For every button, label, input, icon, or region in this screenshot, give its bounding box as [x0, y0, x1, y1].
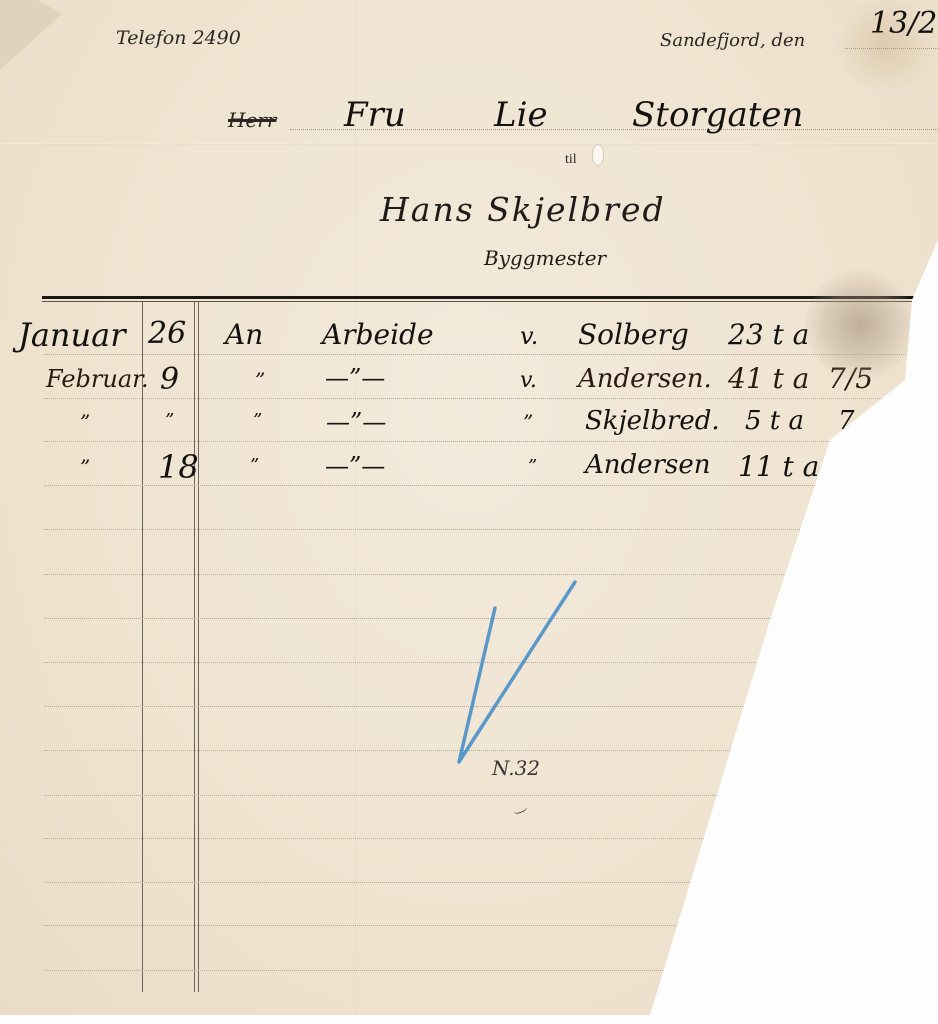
invoice-paper: Telefon 2490 Sandefjord, den 13/2 Herr F… — [0, 0, 938, 1024]
reference-number: N.32 — [492, 756, 540, 780]
blue-check-mark-icon — [0, 0, 938, 1024]
